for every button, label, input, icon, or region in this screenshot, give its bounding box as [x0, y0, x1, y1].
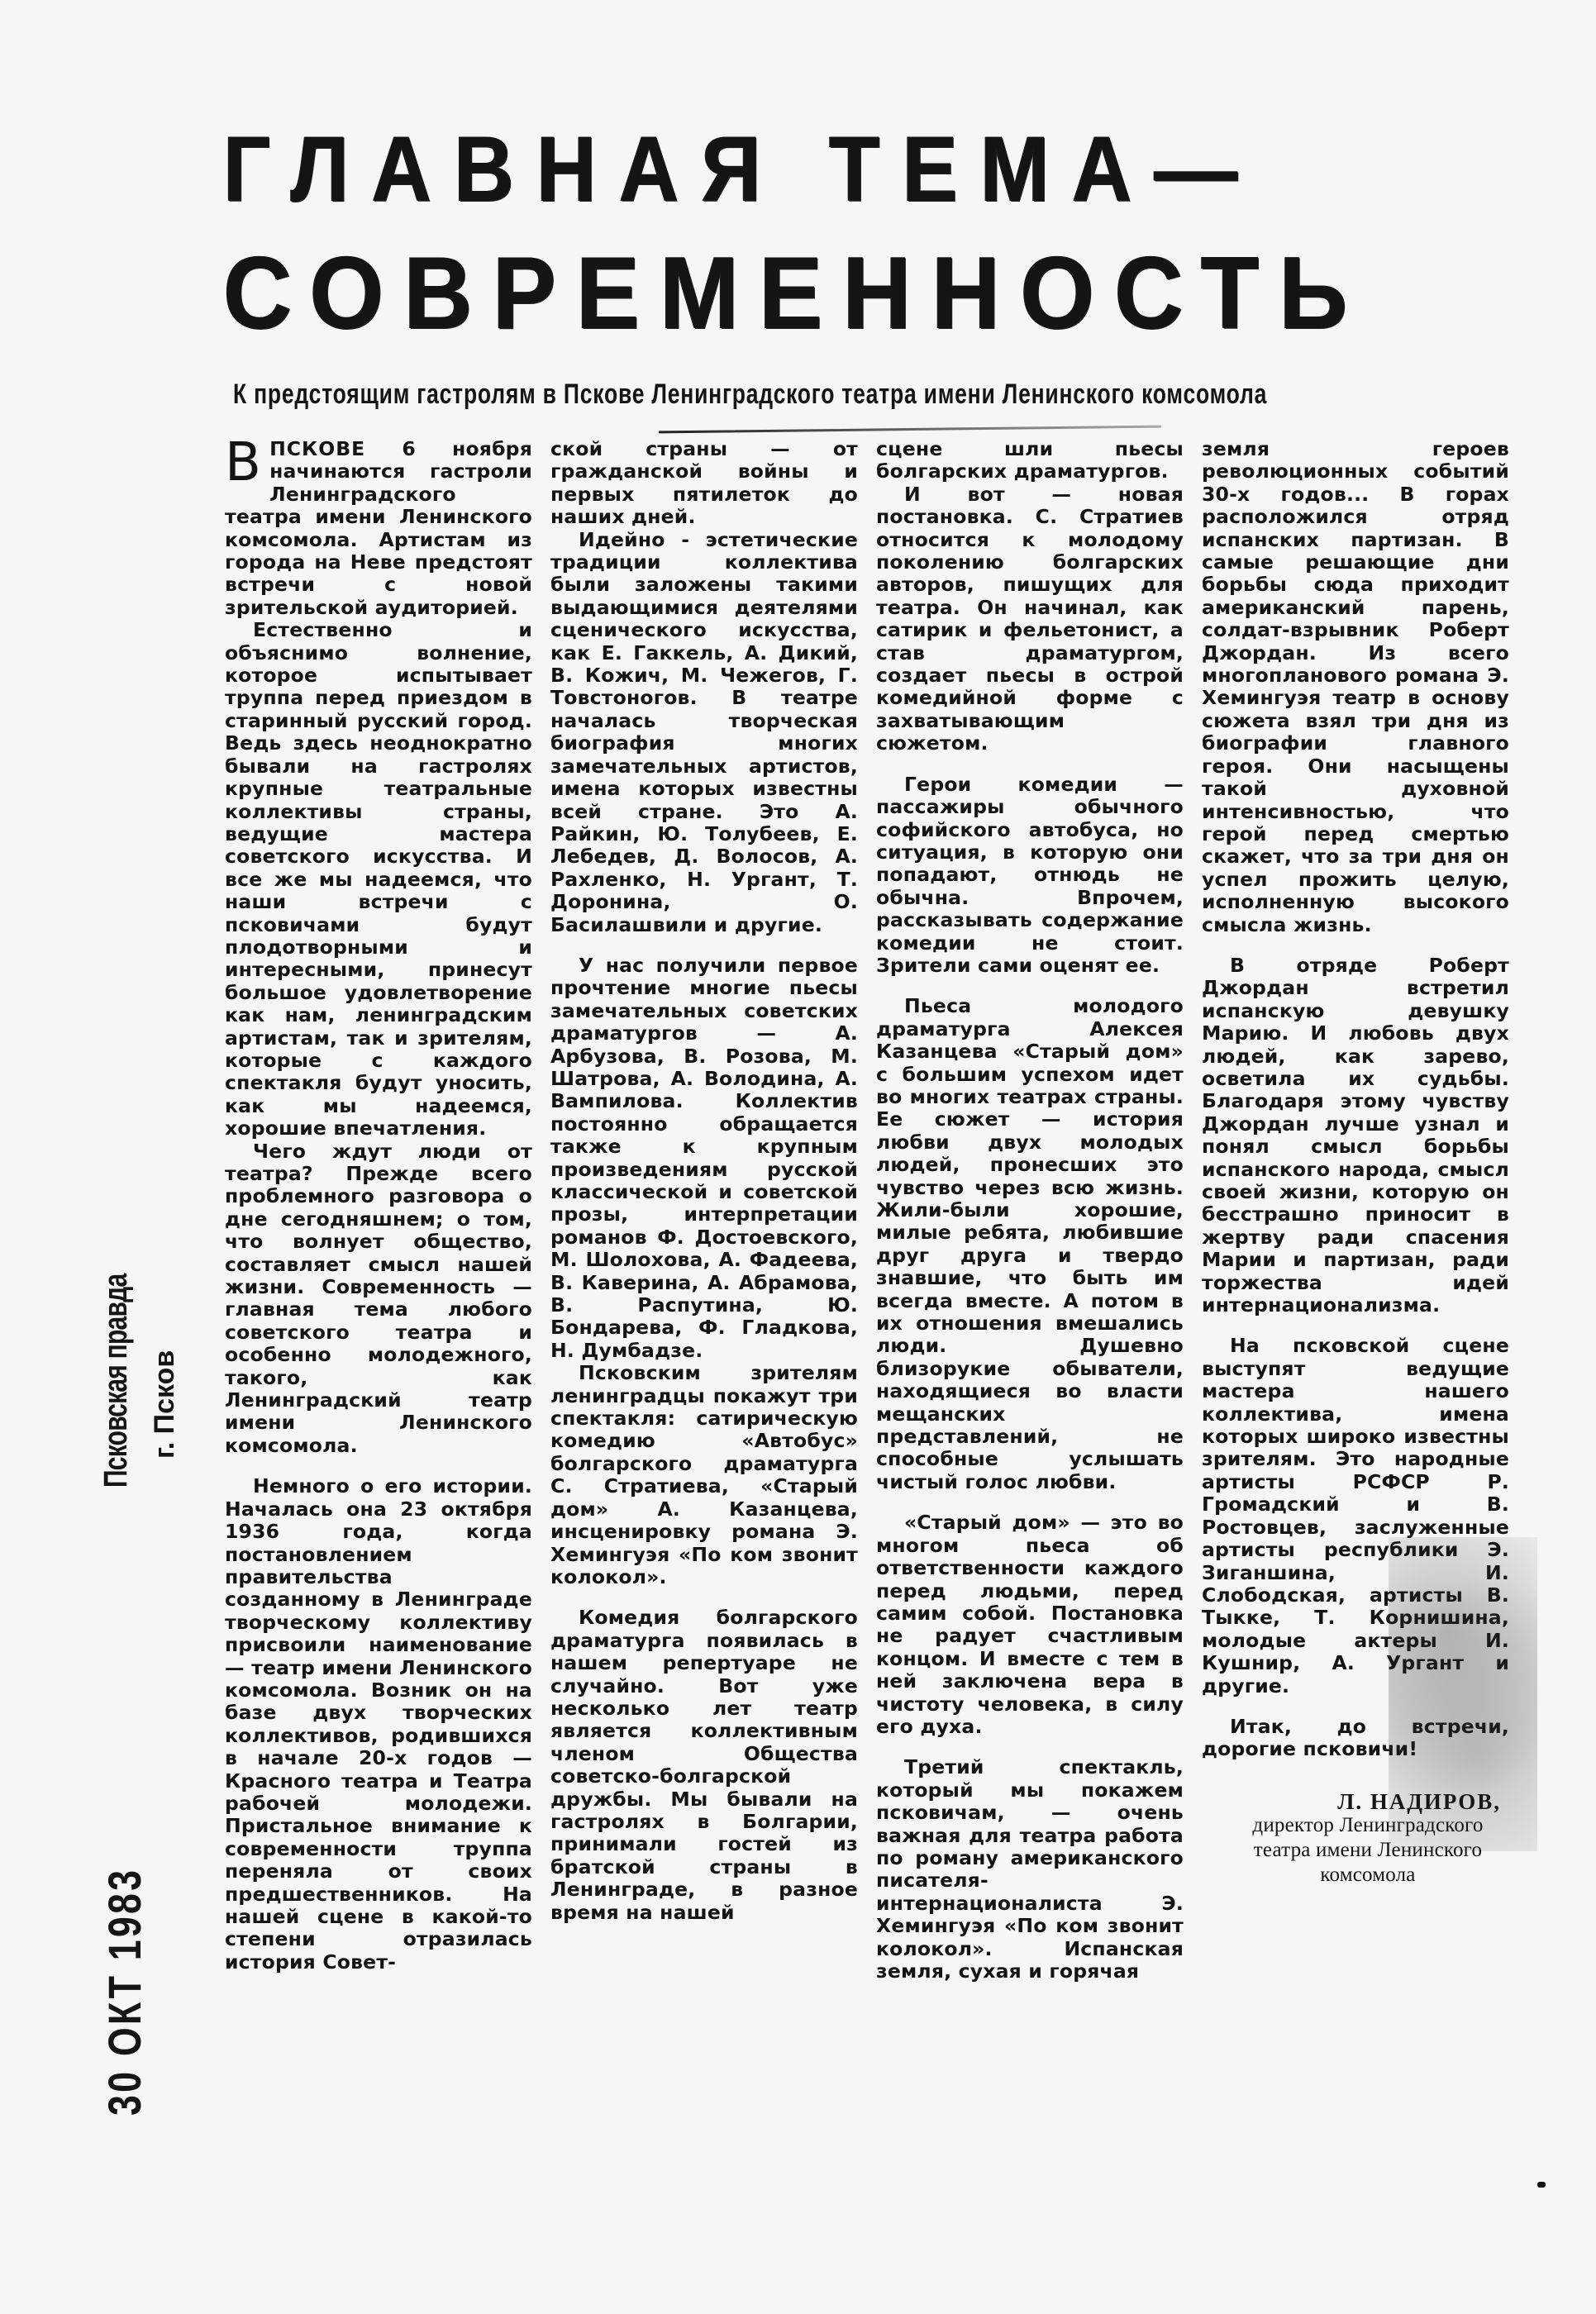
paragraph: На псковской сцене выступят ведущие маст… — [1202, 1335, 1509, 1697]
column-3: сцене шли пьесы болгарских драматургов. … — [876, 438, 1184, 2215]
paragraph: Третий спектакль, который мы покажем пск… — [876, 1756, 1184, 1983]
paragraph: Чего ждут люди от театра? Прежде всего п… — [225, 1140, 532, 1458]
paragraph: Итак, до встречи, дорогие псковичи! — [1202, 1716, 1509, 1761]
pen-underline-mark — [659, 426, 1161, 434]
paragraph: Пьеса молодого драматурга Алексея Казанц… — [876, 995, 1184, 1493]
paragraph: И вот — новая постановка. С. Стратиев от… — [876, 483, 1184, 755]
paragraph: Герои комедии — пассажиры обычного софий… — [876, 774, 1184, 978]
article-body: В ПСКОВЕ 6 ноября начинаются гастроли Ле… — [225, 438, 1514, 2215]
paragraph: Идейно - эстетические традиции коллектив… — [550, 529, 858, 936]
paragraph-text: 6 ноября начинаются гастроли Ленинградск… — [225, 437, 532, 619]
scan-speck — [1537, 2182, 1546, 2188]
article-headline: ГЛАВНАЯ ТЕМА— СОВРЕМЕННОСТЬ — [223, 116, 1521, 355]
newspaper-name-stamp: Псковская правда — [98, 1274, 135, 1488]
article-subheadline: К предстоящим гастролям в Пскове Ленингр… — [233, 379, 1226, 411]
paragraph: ской страны — от гражданской войны и пер… — [550, 438, 858, 529]
paragraph: «Старый дом» — это во многом пьеса об от… — [876, 1512, 1184, 1738]
author-name: Л. НАДИРОВ, — [1202, 1791, 1509, 1813]
subheadline-text: К предстоящим гастролям в Пскове Ленингр… — [233, 379, 1267, 410]
paragraph: Псковским зрителям ленинградцы покажут т… — [550, 1362, 858, 1588]
column-2: ской страны — от гражданской войны и пер… — [550, 438, 858, 2215]
paragraph: В ПСКОВЕ 6 ноября начинаются гастроли Ле… — [225, 438, 532, 619]
paragraph: земля героев революционных событий 30-х … — [1202, 438, 1509, 936]
column-1: В ПСКОВЕ 6 ноября начинаются гастроли Ле… — [225, 438, 532, 2215]
column-4: земля героев революционных событий 30-х … — [1202, 438, 1509, 2215]
paragraph: В отряде Роберт Джордан встретил испанск… — [1202, 955, 1509, 1317]
paragraph: У нас получили первое прочтение многие п… — [550, 955, 858, 1362]
drop-cap: В — [225, 440, 261, 486]
city-stamp: г. Псков — [149, 1350, 181, 1459]
lead-word: ПСКОВЕ — [269, 437, 365, 460]
headline-line-1: ГЛАВНАЯ ТЕМА— — [223, 116, 1391, 223]
date-stamp: 30 ОКТ 1983 — [98, 1868, 151, 2116]
paragraph: сцене шли пьесы болгарских драматургов. — [876, 438, 1184, 483]
paragraph: Естественно и объяснимо волнение, которо… — [225, 619, 532, 1140]
headline-line-2: СОВРЕМЕННОСТЬ — [223, 231, 1430, 355]
newspaper-clipping: ГЛАВНАЯ ТЕМА— СОВРЕМЕННОСТЬ К предстоящи… — [0, 0, 1596, 2314]
paragraph: Немного о его истории. Началась она 23 о… — [225, 1475, 532, 1974]
paragraph: Комедия болгарского драматурга появилась… — [550, 1607, 858, 1924]
author-role: директор Ленинградского театра имени Лен… — [1202, 1813, 1509, 1888]
